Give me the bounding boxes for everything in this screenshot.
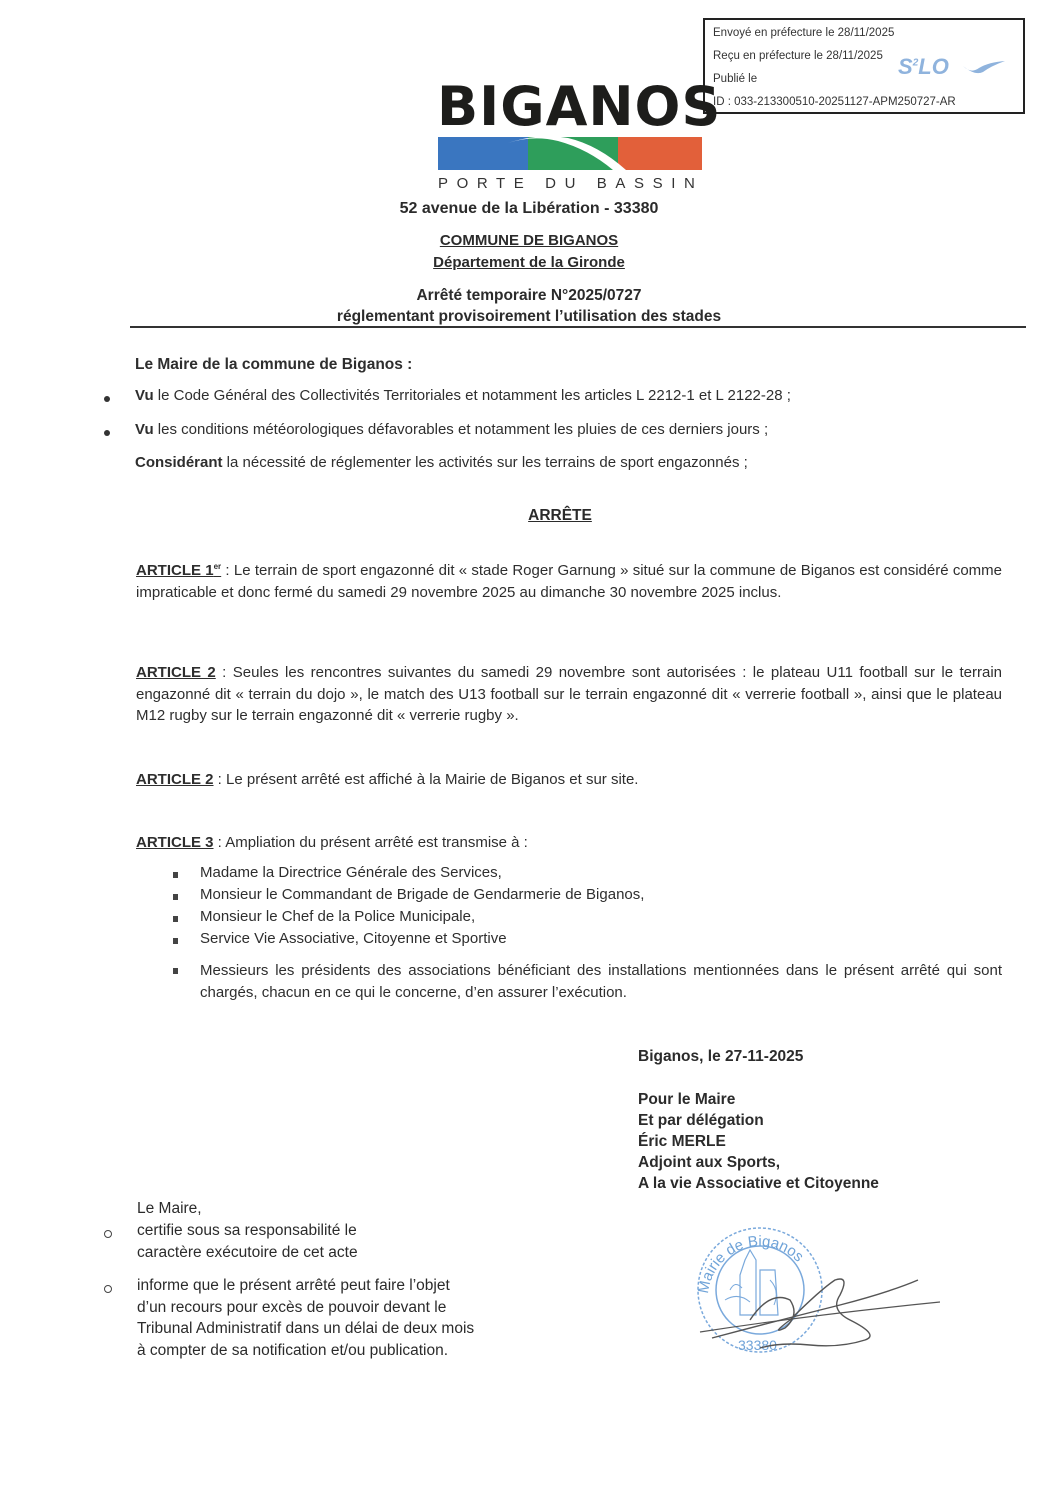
article-label: ARTICLE 3 (136, 834, 214, 851)
article-1: ARTICLE 1er : Le terrain de sport engazo… (136, 556, 1002, 603)
recipient-item: Madame la Directrice Générale des Servic… (200, 864, 502, 881)
bullet-icon (173, 968, 178, 974)
bullet-icon (104, 1285, 112, 1293)
bullet-icon (173, 916, 178, 922)
decision-heading: ARRÊTE (0, 507, 1058, 525)
article-label: ARTICLE 2 (136, 664, 216, 681)
signature-place-date: Biganos, le 27-11-2025 (638, 1046, 803, 1067)
visa-item: Vu les conditions météorologiques défavo… (135, 421, 768, 438)
recipient-item: Messieurs les présidents des association… (200, 960, 1002, 1003)
prefecture-stamp: Envoyé en préfecture le 28/11/2025 Reçu … (703, 18, 1025, 114)
visa-text: le Code Général des Collectivités Territ… (154, 387, 791, 404)
stamp-sent-date: Envoyé en préfecture le 28/11/2025 (713, 27, 894, 39)
considering-clause: Considérant la nécessité de réglementer … (135, 454, 748, 471)
article-text: : Ampliation du présent arrêté est trans… (214, 834, 528, 851)
commune-heading: COMMUNE DE BIGANOS (0, 232, 1058, 249)
signatory-role: A la vie Associative et Citoyenne (638, 1173, 879, 1194)
visa-lead: Vu (135, 387, 154, 404)
biganos-logo-wordmark: BIGANOS (437, 80, 721, 134)
visa-item: Vu le Code Général des Collectivités Ter… (135, 387, 791, 404)
signature-line: Et par délégation (638, 1110, 879, 1131)
article-label: ARTICLE 1er (136, 562, 221, 579)
act-subtitle: réglementant provisoirement l’utilisatio… (0, 308, 1058, 326)
act-title: Arrêté temporaire N°2025/0727 (0, 287, 1058, 305)
mayor-intro: Le Maire, (137, 1198, 202, 1220)
department-heading: Département de la Gironde (0, 254, 1058, 271)
considering-text: la nécessité de réglementer les activité… (223, 454, 748, 471)
article-text: : Seules les rencontres suivantes du sam… (136, 664, 1002, 724)
stamp-received-date: Reçu en préfecture le 28/11/2025 (713, 50, 883, 62)
s2lo-wing-icon (963, 60, 1007, 76)
considering-lead: Considérant (135, 454, 223, 471)
s2lo-logo-icon: S2LO (898, 54, 949, 80)
bullet-icon (104, 1230, 112, 1238)
article-text: : Le présent arrêté est affiché à la Mai… (214, 771, 639, 788)
article-2: ARTICLE 2 : Seules les rencontres suivan… (136, 662, 1002, 727)
recipient-item: Monsieur le Commandant de Brigade de Gen… (200, 886, 644, 903)
article-2-posting: ARTICLE 2 : Le présent arrêté est affich… (136, 771, 638, 788)
recipient-item: Service Vie Associative, Citoyenne et Sp… (200, 930, 507, 947)
preamble-intro: Le Maire de la commune de Biganos : (135, 356, 412, 374)
logo-wave-icon (438, 137, 702, 170)
visa-text: les conditions météorologiques défavorab… (154, 421, 769, 438)
town-hall-seal-icon: Mairie de Biganos 33380 (690, 1220, 940, 1370)
bullet-icon (173, 894, 178, 900)
header-divider (130, 326, 1026, 328)
svg-text:Mairie de Biganos: Mairie de Biganos (695, 1233, 807, 1295)
bullet-icon (104, 430, 110, 436)
signatory-role: Adjoint aux Sports, (638, 1152, 879, 1173)
signatory-name: Éric MERLE (638, 1131, 879, 1152)
logo-tagline: PORTE DU BASSIN (438, 175, 704, 192)
recipient-item: Monsieur le Chef de la Police Municipale… (200, 908, 475, 925)
signature-line: Pour le Maire (638, 1089, 879, 1110)
signature-block: Pour le Maire Et par délégation Éric MER… (638, 1089, 879, 1194)
article-3: ARTICLE 3 : Ampliation du présent arrêté… (136, 834, 528, 851)
bullet-icon (173, 872, 178, 878)
article-label: ARTICLE 2 (136, 771, 214, 788)
appeal-notice-item: informe que le présent arrêté peut faire… (137, 1275, 482, 1361)
bullet-icon (104, 396, 110, 402)
bullet-icon (173, 938, 178, 944)
town-hall-address: 52 avenue de la Libération - 33380 (0, 200, 1058, 218)
article-text: : Le terrain de sport engazonné dit « st… (136, 562, 1002, 601)
visa-lead: Vu (135, 421, 154, 438)
certification-item: certifie sous sa responsabilité le carac… (137, 1220, 417, 1263)
stamp-act-id: ID : 033-213300510-20251127-APM250727-AR (713, 96, 956, 108)
